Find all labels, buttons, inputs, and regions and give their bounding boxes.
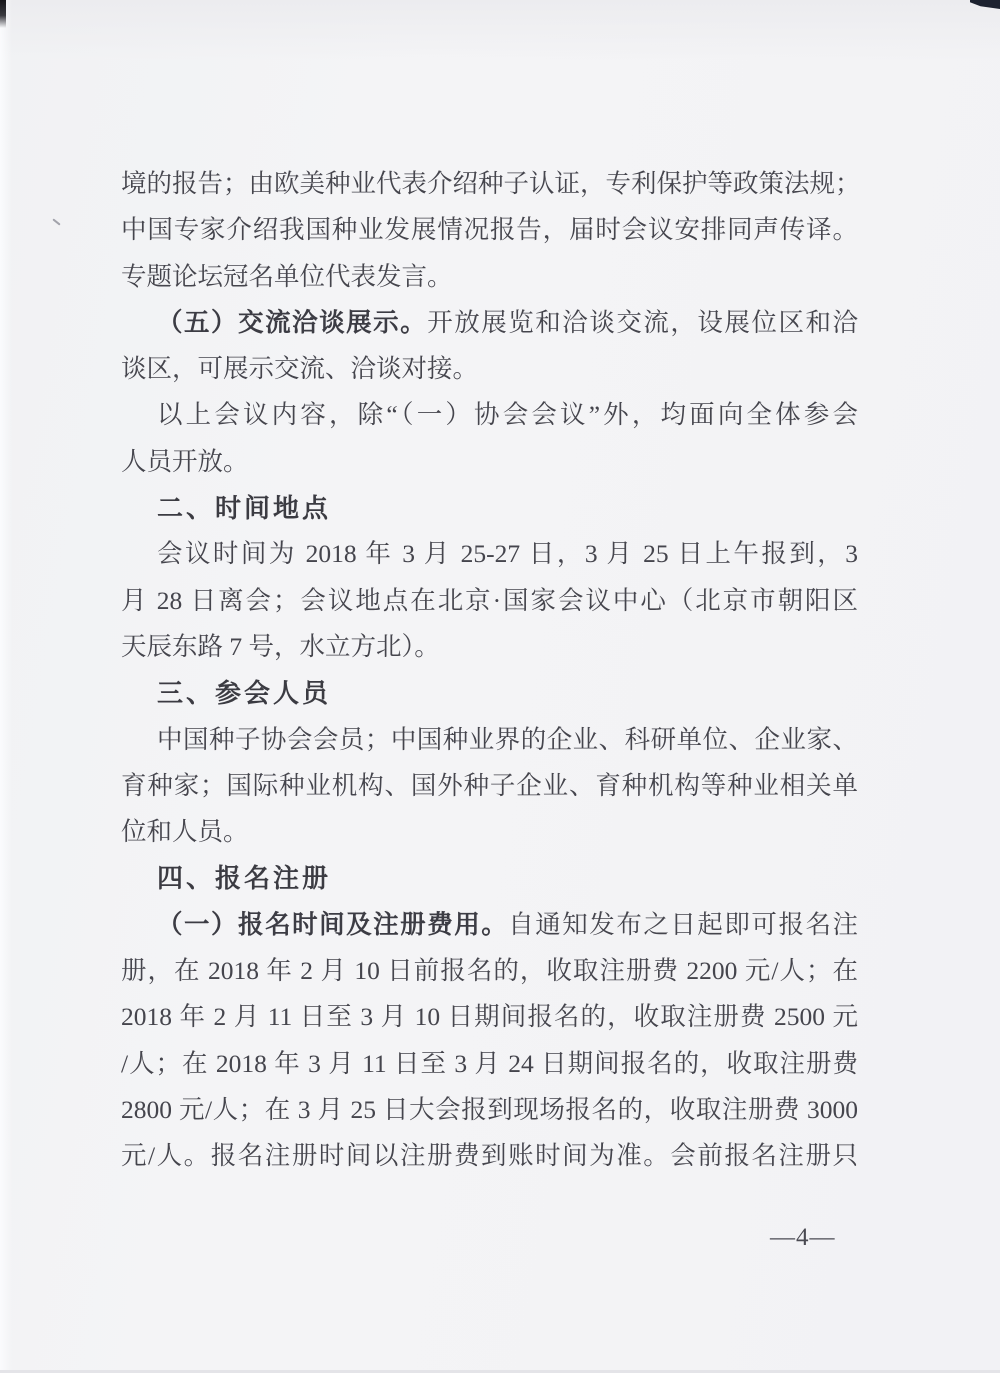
text-line: 育种家；国际种业机构、国外种子企业、育种机构等种业相关单 [121, 763, 858, 809]
line-text-segment: 以上会议内容，除“（一）协会会议”外，均面向全体参会 [157, 400, 858, 429]
text-line: 册，在 2018 年 2 月 10 日前报名的，收取注册费 2200 元/人；在 [121, 948, 858, 994]
line-text-segment: 谈区，可展示交流、洽谈对接。 [121, 354, 478, 383]
text-line: 天辰东路 7 号，水立方北）。 [121, 624, 858, 670]
line-bold-segment: （一）报名时间及注册费用。 [157, 910, 508, 939]
line-text-segment: 专题论坛冠名单位代表发言。 [121, 262, 453, 291]
line-text-segment: 2800 元/人；在 3 月 25 日大会报到现场报名的，收取注册费 3000 [121, 1095, 858, 1124]
text-line: 境的报告；由欧美种业代表介绍种子认证，专利保护等政策法规； [121, 161, 858, 207]
page-number: —4— [770, 1224, 836, 1252]
line-text-segment: 位和人员。 [121, 817, 249, 846]
text-line: 二、时间地点 [121, 485, 858, 531]
text-line: 以上会议内容，除“（一）协会会议”外，均面向全体参会 [121, 392, 858, 438]
line-text-segment: 境的报告；由欧美种业代表介绍种子认证，专利保护等政策法规； [121, 169, 858, 198]
text-line: 2018 年 2 月 11 日至 3 月 10 日期间报名的，收取注册费 250… [121, 994, 858, 1040]
line-text-segment: 月 28 日离会；会议地点在北京·国家会议中心（北京市朝阳区 [121, 586, 858, 615]
line-text-segment: /人；在 2018 年 3 月 11 日至 3 月 24 日期间报名的，收取注册… [121, 1049, 858, 1078]
scan-edge-left [0, 0, 12, 1373]
scan-artifact-top-right [970, 0, 1000, 9]
line-text-segment: 册，在 2018 年 2 月 10 日前报名的，收取注册费 2200 元/人；在 [121, 956, 858, 985]
line-bold-segment: （五）交流洽谈展示。 [157, 308, 427, 337]
text-line: 位和人员。 [121, 809, 858, 855]
line-text-segment: 开放展览和洽谈交流，设展位区和洽 [427, 308, 858, 337]
document-body: 境的报告；由欧美种业代表介绍种子认证，专利保护等政策法规；中国专家介绍我国种业发… [121, 161, 858, 1180]
text-line: 四、报名注册 [121, 855, 858, 901]
line-text-segment: 元/人。报名注册时间以注册费到账时间为准。会前报名注册只 [121, 1141, 858, 1170]
line-text-segment: 自通知发布之日起即可报名注 [508, 910, 858, 939]
text-line: /人；在 2018 年 3 月 11 日至 3 月 24 日期间报名的，收取注册… [121, 1041, 858, 1087]
text-line: 谈区，可展示交流、洽谈对接。 [121, 346, 858, 392]
line-text-segment: 育种家；国际种业机构、国外种子企业、育种机构等种业相关单 [121, 771, 858, 800]
line-text-segment: 2018 年 2 月 11 日至 3 月 10 日期间报名的，收取注册费 250… [121, 1002, 858, 1031]
text-line: 会议时间为 2018 年 3 月 25-27 日，3 月 25 日上午报到，3 [121, 531, 858, 577]
text-line: 2800 元/人；在 3 月 25 日大会报到现场报名的，收取注册费 3000 [121, 1087, 858, 1133]
text-line: 专题论坛冠名单位代表发言。 [121, 254, 858, 300]
line-text-segment: 四、报名注册 [157, 863, 331, 893]
line-text-segment: 中国种子协会会员；中国种业界的企业、科研单位、企业家、 [157, 725, 858, 754]
line-text-segment: 中国专家介绍我国种业发展情况报告，届时会议安排同声传译。 [121, 215, 858, 244]
text-line: 人员开放。 [121, 439, 858, 485]
text-line: （五）交流洽谈展示。开放展览和洽谈交流，设展位区和洽 [121, 300, 858, 346]
line-text-segment: 三、参会人员 [157, 678, 331, 708]
scan-artifact-top-left [0, 0, 6, 28]
text-line: 中国专家介绍我国种业发展情况报告，届时会议安排同声传译。 [121, 207, 858, 253]
line-text-segment: 天辰东路 7 号，水立方北）。 [121, 632, 440, 661]
line-text-segment: 会议时间为 2018 年 3 月 25-27 日，3 月 25 日上午报到，3 [157, 539, 858, 568]
line-text-segment: 人员开放。 [121, 447, 249, 476]
text-line: 月 28 日离会；会议地点在北京·国家会议中心（北京市朝阳区 [121, 578, 858, 624]
scan-speck [52, 218, 60, 225]
text-line: 三、参会人员 [121, 670, 858, 716]
text-line: （一）报名时间及注册费用。自通知发布之日起即可报名注 [121, 902, 858, 948]
line-text-segment: 二、时间地点 [157, 493, 331, 523]
text-line: 中国种子协会会员；中国种业界的企业、科研单位、企业家、 [121, 717, 858, 763]
scanned-page: 境的报告；由欧美种业代表介绍种子认证，专利保护等政策法规；中国专家介绍我国种业发… [0, 0, 1000, 1373]
text-line: 元/人。报名注册时间以注册费到账时间为准。会前报名注册只 [121, 1133, 858, 1179]
